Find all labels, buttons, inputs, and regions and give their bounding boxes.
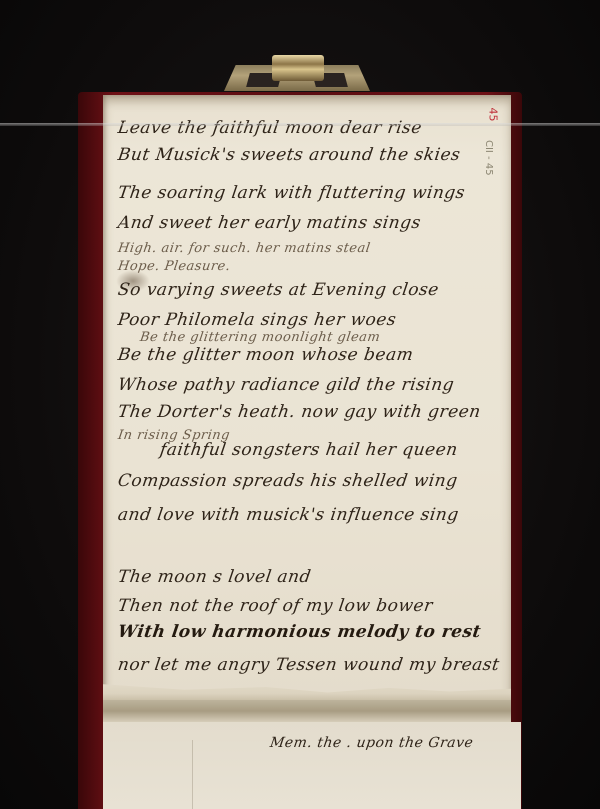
poem-line: Then not the roof of my low bower <box>117 596 435 616</box>
lower-page-line: Mem. the . upon the Grave <box>269 735 474 751</box>
poem-line: Be the glitter moon whose beam <box>117 345 415 365</box>
poem-line: So varying sweets at Evening close <box>117 280 441 300</box>
red-catalogue-mark: 45 <box>487 108 500 122</box>
poem-line: The Dorter's heath. now gay with green <box>117 402 483 422</box>
faint-pencil-sketch <box>192 740 263 809</box>
poem-line-faint: Hope. Pleasure. <box>117 259 231 274</box>
poem-line: The soaring lark with fluttering wings <box>117 183 467 203</box>
poem-line: Leave the faithful moon dear rise <box>117 118 424 138</box>
poem-line: and love with musick's influence sing <box>117 505 460 525</box>
poem-line: Poor Philomela sings her woes <box>117 310 398 330</box>
poem-line-insert: Be the glittering moonlight gleam <box>139 330 381 345</box>
poem-line: nor let me angry Tessen wound my breast <box>117 655 501 675</box>
poem-line: Whose pathy radiance gild the rising <box>117 375 456 395</box>
page-gutter <box>103 700 511 722</box>
poem-line: But Musick's sweets around the skies <box>117 145 462 165</box>
elastic-strap <box>0 123 600 126</box>
brass-clasp <box>224 55 370 91</box>
poem-line: With low harmonious melody to rest <box>117 622 483 642</box>
catalogue-number: CII - 45 <box>483 140 494 176</box>
poem-line-faint: High. air. for such. her matins steal <box>117 241 372 256</box>
poem-line: The moon s lovel and <box>117 567 313 587</box>
clasp-bar <box>272 55 324 81</box>
poem-line: And sweet her early matins sings <box>117 213 423 233</box>
poem-line: Compassion spreads his shelled wing <box>117 471 459 491</box>
poem-line: faithful songsters hail her queen <box>159 440 460 460</box>
